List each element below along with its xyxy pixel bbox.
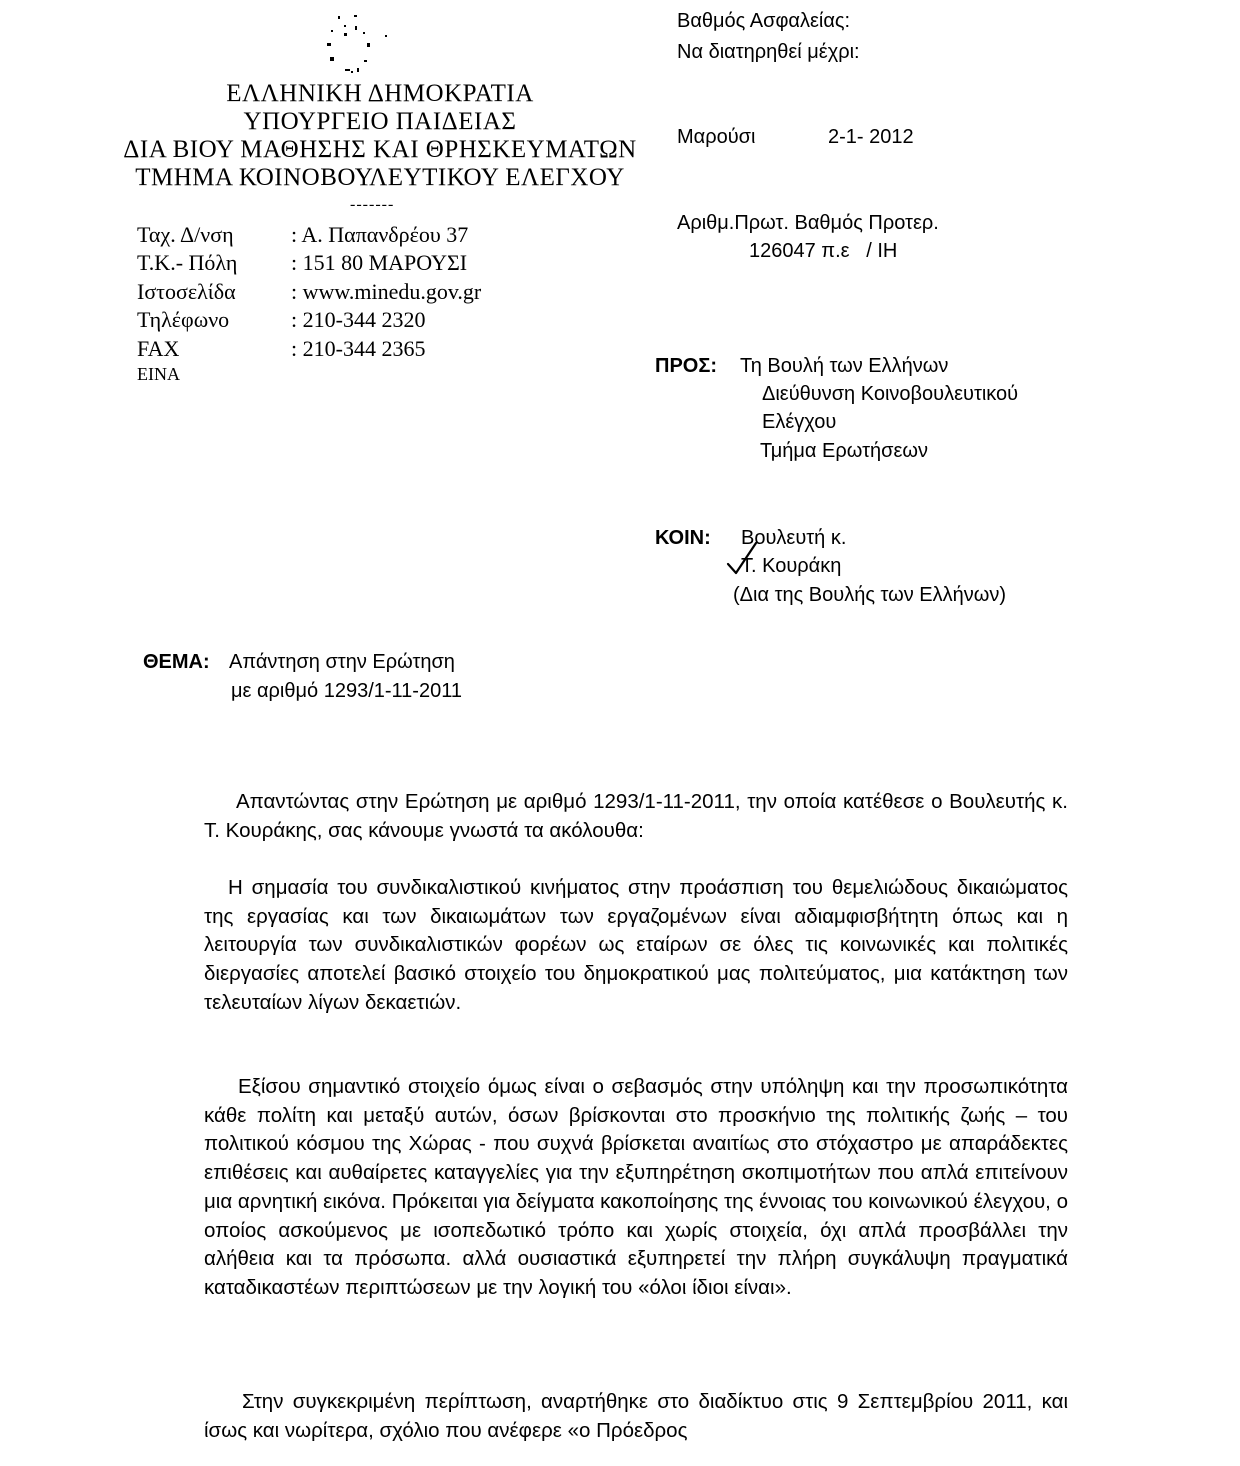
contact-label-postcode: Τ.Κ.- Πόλη	[137, 250, 237, 276]
contact-label-phone: Τηλέφωνο	[137, 307, 229, 333]
recipient-line-3: Ελέγχου	[762, 411, 836, 434]
subject-label: ΘΕΜΑ:	[143, 651, 210, 674]
contact-label-address: Ταχ. Δ/νση	[137, 222, 234, 248]
security-level-label: Βαθμός Ασφαλείας:	[677, 10, 850, 33]
recipient-line-1: Τη Βουλή των Ελλήνων	[740, 355, 948, 378]
protocol-number: 126047 π.ε / ΙΗ	[749, 240, 897, 263]
protocol-header: Αριθμ.Πρωτ. Βαθμός Προτερ.	[677, 212, 939, 235]
contact-label-fax: FAX	[137, 336, 179, 362]
body-paragraph-4: Στην συγκεκριμένη περίπτωση, αναρτήθηκε …	[204, 1388, 1068, 1445]
contact-value-address: : Α. Παπανδρέου 37	[291, 222, 468, 248]
contact-label-email: ΕΙΝΑ	[137, 364, 180, 385]
letterhead-ministry-sub: ΔΙΑ ΒΙΟΥ ΜΑΘΗΣΗΣ ΚΑΙ ΘΡΗΣΚΕΥΜΑΤΩΝ	[120, 136, 640, 164]
letterhead-separator: -------	[350, 196, 394, 214]
place: Μαρούσι	[677, 126, 755, 149]
body-paragraph-1: Απαντώντας στην Ερώτηση με αριθμό 1293/1…	[204, 788, 1068, 845]
recipient-label: ΠΡΟΣ:	[655, 355, 717, 378]
contact-value-fax: : 210-344 2365	[291, 336, 425, 362]
date: 2-1- 2012	[828, 126, 914, 149]
greek-coat-of-arms-icon	[325, 12, 415, 74]
body-paragraph-3-text: Εξίσου σημαντικό στοιχείο όμως είναι ο σ…	[204, 1075, 1068, 1299]
contact-label-website: Ιστοσελίδα	[137, 279, 236, 305]
body-paragraph-3: Εξίσου σημαντικό στοιχείο όμως είναι ο σ…	[204, 1073, 1068, 1303]
contact-value-website: : www.minedu.gov.gr	[291, 279, 481, 305]
retain-until-label: Να διατηρηθεί μέχρι:	[677, 41, 860, 64]
recipient-line-2: Διεύθυνση Κοινοβουλευτικού	[762, 383, 1018, 406]
body-paragraph-4-text: Στην συγκεκριμένη περίπτωση, αναρτήθηκε …	[204, 1390, 1068, 1442]
recipient-line-4: Τμήμα Ερωτήσεων	[760, 440, 928, 463]
subject-line-1: Απάντηση στην Ερώτηση	[229, 651, 455, 674]
body-paragraph-1-text: Απαντώντας στην Ερώτηση με αριθμό 1293/1…	[204, 790, 1068, 842]
handwritten-checkmark-icon	[726, 540, 764, 576]
contact-value-postcode: : 151 80 ΜΑΡΟΥΣΙ	[291, 250, 467, 276]
body-paragraph-2: Η σημασία του συνδικαλιστικού κινήματος …	[204, 874, 1068, 1018]
cc-line-3: (Δια της Βουλής των Ελλήνων)	[733, 584, 1006, 607]
contact-value-phone: : 210-344 2320	[291, 307, 425, 333]
letterhead-ministry: ΥΠΟΥΡΓΕΙΟ ΠΑΙΔΕΙΑΣ	[120, 108, 640, 136]
subject-line-2: με αριθμό 1293/1-11-2011	[231, 680, 462, 703]
cc-label: ΚΟΙΝ:	[655, 527, 711, 550]
letterhead-republic: ΕΛΛΗΝΙΚΗ ΔΗΜΟΚΡΑΤΙΑ	[120, 80, 640, 108]
letterhead-department: ΤΜΗΜΑ ΚΟΙΝΟΒΟΥΛΕΥΤΙΚΟΥ ΕΛΕΓΧΟΥ	[120, 164, 640, 192]
body-paragraph-2-text: Η σημασία του συνδικαλιστικού κινήματος …	[204, 876, 1068, 1014]
